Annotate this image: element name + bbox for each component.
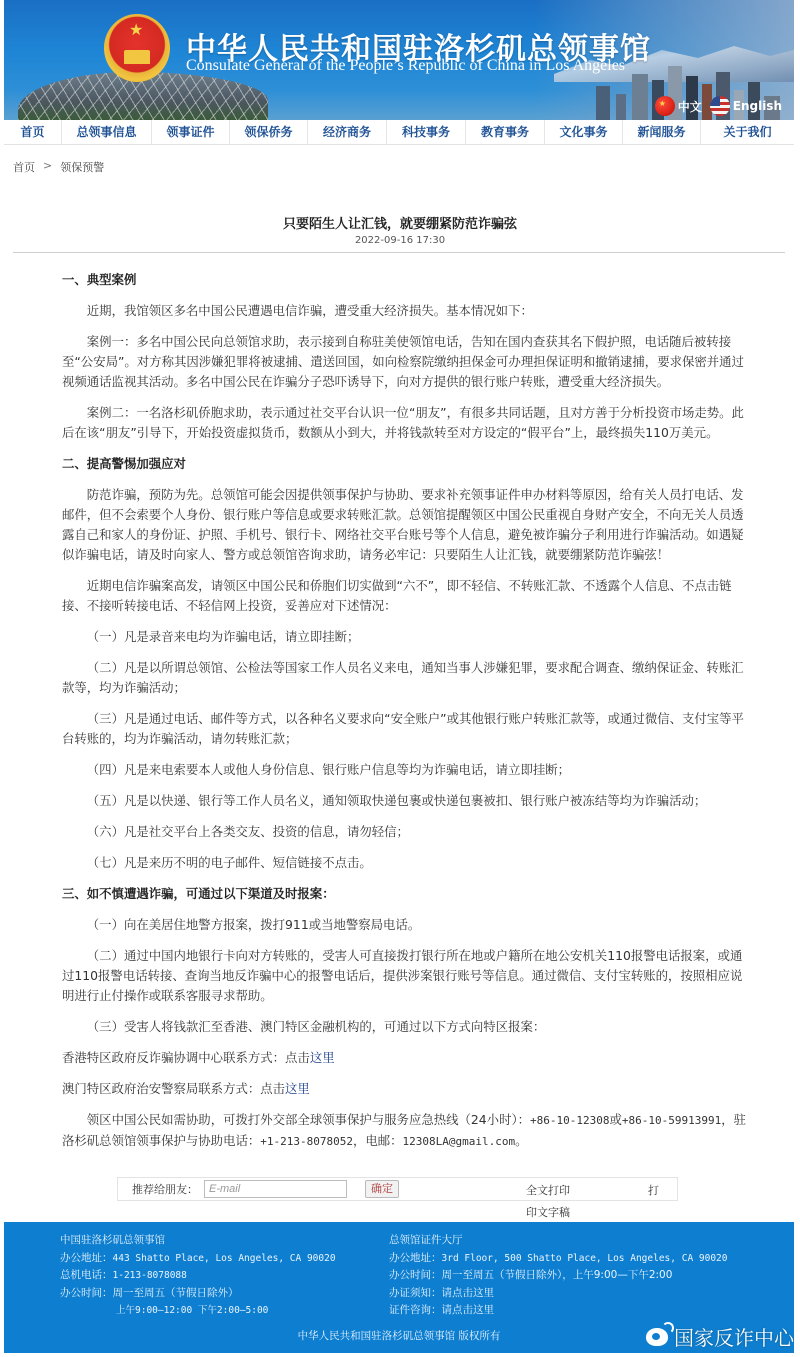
phone-value: 1-213-8078088 [113,1270,187,1281]
nav-item-about-us[interactable]: 关于我们 [701,120,794,144]
paragraph-intro: 近期，我馆领区多名中国公民遭遇电信诈骗，遭受重大经济损失。基本情况如下： [62,301,752,321]
cn-flag-icon [655,96,675,116]
hours-label: 办公时间： [60,1287,113,1299]
macau-contact-label: 澳门特区政府治安警察局联系方式：点击 [62,1081,285,1096]
macau-contact-line: 澳门特区政府治安警察局联系方式：点击这里 [62,1079,752,1099]
hotline-number-1: +86-10-12308 [530,1114,609,1127]
paragraph-case-two: 案例二：一名洛杉矶侨胞求助，表示通过社交平台认识一位“朋友”，有很多共同话题，且… [62,403,752,443]
language-switcher: 中文 English [655,96,782,116]
hours-label: 办公时间： [389,1269,442,1281]
footer-visa-inquiry: 证件咨询：请点击这里 [389,1302,727,1320]
list-item-warning-6: （六）凡是社交平台上各类交友、投资的信息，请勿轻信； [62,822,752,842]
paragraph-prevention: 防范诈骗，预防为先。总领馆可能会因提供领事保护与协助、要求补充领事证件申办材料等… [62,485,752,565]
site-title-en: Consulate General of the People’s Republ… [186,57,625,75]
address-value: 3rd Floor, 500 Shatto Place, Los Angeles… [442,1253,728,1264]
inquiry-link[interactable]: 请点击这里 [442,1304,495,1316]
us-flag-icon [710,96,730,116]
breadcrumb: 首页 > 领保预警 [13,159,104,175]
lang-chinese-label: 中文 [678,98,702,115]
star-icon: ★ [129,22,143,38]
footer-visa-hall-info: 总领馆证件大厅 办公地址：3rd Floor, 500 Shatto Place… [389,1232,727,1320]
notice-label: 办证须知： [389,1287,442,1299]
phone-label: 总机电话： [60,1269,113,1281]
address-value: 443 Shatto Place, Los Angeles, CA 90020 [113,1253,336,1264]
hotline-label: 领区中国公民如需协助，可拨打外交部全球领事保护与服务应急热线（24小时）： [87,1112,530,1127]
paragraph-case-one: 案例一：多名中国公民向总领馆求助，表示接到自称驻美使领馆电话，告知在国内查获其名… [62,332,752,392]
address-label: 办公地址： [60,1252,113,1264]
gate-icon [124,50,150,64]
share-bar: 推荐给朋友： 确定 全文打印 打 [117,1177,678,1201]
list-item-report-3: （三）受害人将钱款汇至香港、澳门特区金融机构的，可通过以下方式向特区报案： [62,1017,752,1037]
email-label: ，电邮： [353,1133,403,1148]
inquiry-label: 证件咨询： [389,1304,442,1316]
footer-visa-hall-address: 办公地址：3rd Floor, 500 Shatto Place, Los An… [389,1250,727,1268]
article-date: 2022-09-16 17:30 [0,235,800,246]
hotline-number-2: +86-10-59913991 [622,1114,721,1127]
macau-contact-link[interactable]: 这里 [285,1081,310,1096]
paragraph-end: 。 [515,1133,527,1148]
footer-visa-hall-name: 总领馆证件大厅 [389,1232,727,1250]
nav-item-economic-affairs[interactable]: 经济商务 [308,120,387,144]
list-item-warning-4: （四）凡是来电索要本人或他人身份信息、银行账户信息等均为诈骗电话，请立即挂断； [62,760,752,780]
print-draft-link[interactable]: 印文字稿 [526,1204,570,1220]
hotline-or: 或 [610,1112,622,1127]
breadcrumb-home-link[interactable]: 首页 [13,159,35,175]
footer-consulate-info: 中国驻洛杉矶总领事馆 办公地址：443 Shatto Place, Los An… [60,1232,336,1320]
footer-consulate-hours-time: 上午9:00—12:00 下午2:00—5:00 [60,1302,336,1320]
list-item-warning-5: （五）凡是以快递、银行等工作人员名义，通知领取快递包裹或快递包裹被扣、银行账户被… [62,791,752,811]
nav-item-science-tech[interactable]: 科技事务 [387,120,466,144]
nav-item-consular-documents[interactable]: 领事证件 [152,120,230,144]
share-label: 推荐给朋友： [132,1181,198,1197]
divider [13,252,785,253]
paragraph-hotline: 领区中国公民如需协助，可拨打外交部全球领事保护与服务应急热线（24小时）：+86… [62,1110,752,1152]
consulate-phone: +1-213-8078052 [260,1135,353,1148]
nav-item-news[interactable]: 新闻服务 [623,120,701,144]
list-item-report-1: （一）向在美居住地警方报案，拨打911或当地警察局电话。 [62,915,752,935]
section-heading-typical-cases: 一、典型案例 [62,270,752,290]
footer-consulate-hours: 办公时间：周一至周五（节假日除外） [60,1285,336,1303]
hk-contact-label: 香港特区政府反诈骗协调中心联系方式：点击 [62,1050,310,1065]
hk-contact-link[interactable]: 这里 [310,1050,335,1065]
footer-visa-notice: 办证须知：请点击这里 [389,1285,727,1303]
share-confirm-button[interactable]: 确定 [365,1180,399,1198]
footer-visa-hall-hours: 办公时间：周一至周五（节假日除外），上午9:00—下午2:00 [389,1267,727,1285]
main-nav: 首页 总领事信息 领事证件 领保侨务 经济商务 科技事务 教育事务 文化事务 新… [4,120,794,145]
address-label: 办公地址： [389,1252,442,1264]
hours-value: 周一至周五（节假日除外），上午9:00—下午2:00 [442,1269,673,1281]
footer-consulate-name: 中国驻洛杉矶总领事馆 [60,1232,336,1250]
hk-contact-line: 香港特区政府反诈骗协调中心联系方式：点击这里 [62,1048,752,1068]
print-link[interactable]: 打 [648,1182,659,1198]
list-item-report-2: （二）通过中国内地银行卡向对方转账的，受害人可直接拨打银行所在地或户籍所在地公安… [62,946,752,1006]
paragraph-six-nos: 近期电信诈骗案高发，请领区中国公民和侨胞们切实做到“六不”，即不轻信、不转账汇款… [62,576,752,616]
national-emblem-icon: ★ [104,14,170,82]
chevron-right-icon: > [43,159,52,175]
lang-english-link[interactable]: English [710,96,782,116]
hours-days: 周一至周五（节假日除外） [113,1287,239,1299]
header-banner: ★ 中华人民共和国驻洛杉矶总领事馆 Consulate General of t… [4,0,794,120]
article-body: 一、典型案例 近期，我馆领区多名中国公民遭遇电信诈骗，遭受重大经济损失。基本情况… [62,270,752,1163]
watermark-text: 国家反诈中心 [674,1322,794,1351]
print-full-text-link[interactable]: 全文打印 [526,1182,570,1198]
nav-item-consul-general-info[interactable]: 总领事信息 [62,120,152,144]
share-email-input[interactable] [204,1180,347,1198]
list-item-warning-7: （七）凡是来历不明的电子邮件、短信链接不点击。 [62,853,752,873]
watermark: 国家反诈中心 [646,1322,794,1351]
footer-consulate-address: 办公地址：443 Shatto Place, Los Angeles, CA 9… [60,1250,336,1268]
nav-item-protection-overseas[interactable]: 领保侨务 [230,120,308,144]
notice-link[interactable]: 请点击这里 [442,1287,495,1299]
list-item-warning-2: （二）凡是以所谓总领馆、公检法等国家工作人员名义来电，通知当事人涉嫌犯罪，要求配… [62,658,752,698]
nav-item-home[interactable]: 首页 [4,120,62,144]
section-heading-vigilance: 二、提高警惕加强应对 [62,454,752,474]
article-title: 只要陌生人让汇钱，就要绷紧防范诈骗弦 [0,213,800,232]
consulate-email: 12308LA@gmail.com [403,1135,516,1148]
list-item-warning-3: （三）凡是通过电话、邮件等方式，以各种名义要求向“安全账户”或其他银行账户转账汇… [62,709,752,749]
list-item-warning-1: （一）凡是录音来电均为诈骗电话，请立即挂断； [62,627,752,647]
weibo-icon [646,1328,668,1346]
footer-consulate-phone: 总机电话：1-213-8078088 [60,1267,336,1285]
section-heading-report: 三、如不慎遭遇诈骗，可通过以下渠道及时报案： [62,884,752,904]
nav-item-education[interactable]: 教育事务 [466,120,545,144]
breadcrumb-current-link[interactable]: 领保预警 [60,159,104,175]
lang-chinese-link[interactable]: 中文 [655,96,702,116]
nav-item-culture[interactable]: 文化事务 [545,120,623,144]
lang-english-label: English [733,99,782,113]
